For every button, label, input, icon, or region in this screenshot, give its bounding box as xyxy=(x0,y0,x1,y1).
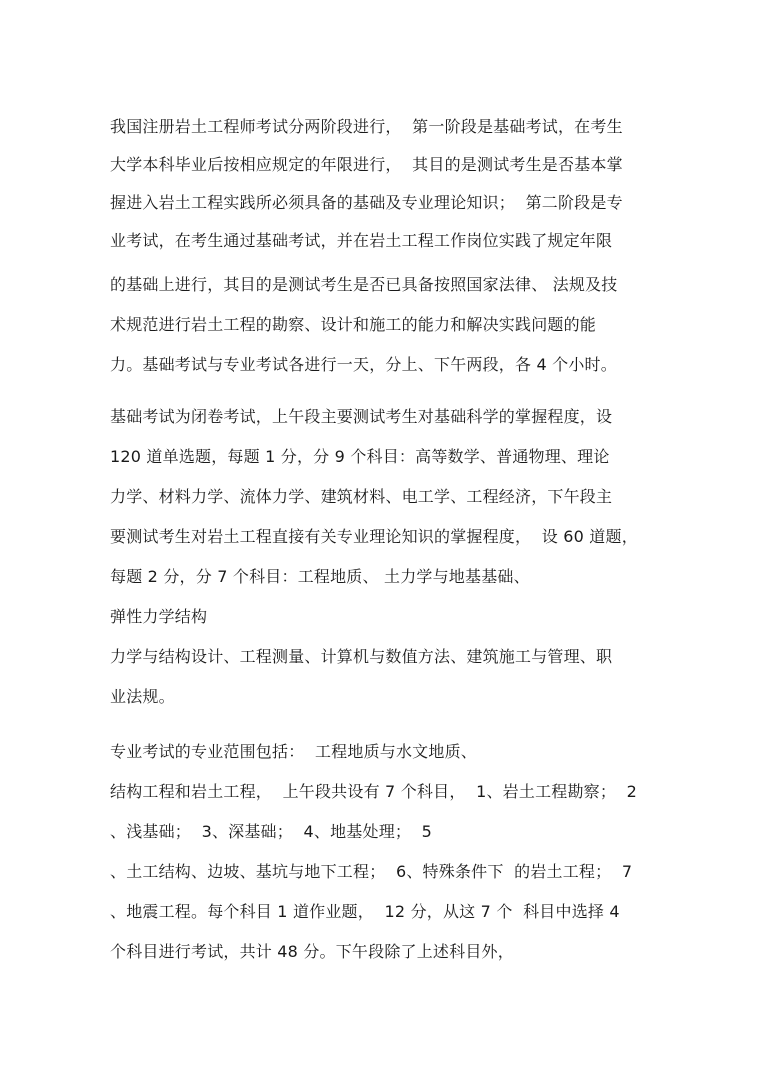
text-line: 结构工程和岩土工程， 上午段共设有 7 个科目， 1、岩土工程勘察； 2 xyxy=(110,782,637,802)
text-line: 120 道单选题，每题 1 分，分 9 个科目：高等数学、普通物理、理论 xyxy=(110,447,610,467)
text-line: 要测试考生对岩土工程直接有关专业理论知识的掌握程度， 设 60 道题， xyxy=(110,527,638,547)
text-line: 力。基础考试与专业考试各进行一天，分上、下午两段，各 4 个小时。 xyxy=(110,355,617,375)
text-line: 的基础上进行，其目的是测试考生是否已具备按照国家法律、 法规及技 xyxy=(110,275,618,295)
text-line: 弹性力学结构 xyxy=(110,607,207,627)
text-line: 个科目进行考试，共计 48 分。下午段除了上述科目外， xyxy=(110,942,514,962)
text-line: 每题 2 分，分 7 个科目：工程地质、 土力学与地基基础、 xyxy=(110,567,530,587)
text-line: 我国注册岩土工程师考试分两阶段进行， 第一阶段是基础考试，在考生 xyxy=(110,117,623,137)
text-line: 、土工结构、边坡、基坑与地下工程； 6、特殊条件下 的岩土工程； 7 xyxy=(110,862,632,882)
text-line: 、浅基础； 3、深基础； 4、地基处理； 5 xyxy=(110,822,432,842)
text-line: 握进入岩土工程实践所必须具备的基础及专业理论知识； 第二阶段是专 xyxy=(110,193,623,213)
text-line: 业法规。 xyxy=(110,687,175,707)
document-page: 我国注册岩土工程师考试分两阶段进行， 第一阶段是基础考试，在考生 大学本科毕业后… xyxy=(0,0,762,1080)
text-line: 术规范进行岩土工程的勘察、设计和施工的能力和解决实践问题的能 xyxy=(110,315,596,335)
text-line: 业考试，在考生通过基础考试，并在岩土工程工作岗位实践了规定年限 xyxy=(110,231,612,251)
text-line: 大学本科毕业后按相应规定的年限进行， 其目的是测试考生是否基本掌 xyxy=(110,155,623,175)
text-line: 专业考试的专业范围包括： 工程地质与水文地质、 xyxy=(110,742,477,762)
text-line: 力学与结构设计、工程测量、计算机与数值方法、建筑施工与管理、职 xyxy=(110,647,612,667)
text-line: 、地震工程。每个科目 1 道作业题， 12 分，从这 7 个 科目中选择 4 xyxy=(110,902,620,922)
text-line: 力学、材料力学、流体力学、建筑材料、电工学、工程经济，下午段主 xyxy=(110,487,612,507)
text-line: 基础考试为闭卷考试，上午段主要测试考生对基础科学的掌握程度，设 xyxy=(110,407,612,427)
